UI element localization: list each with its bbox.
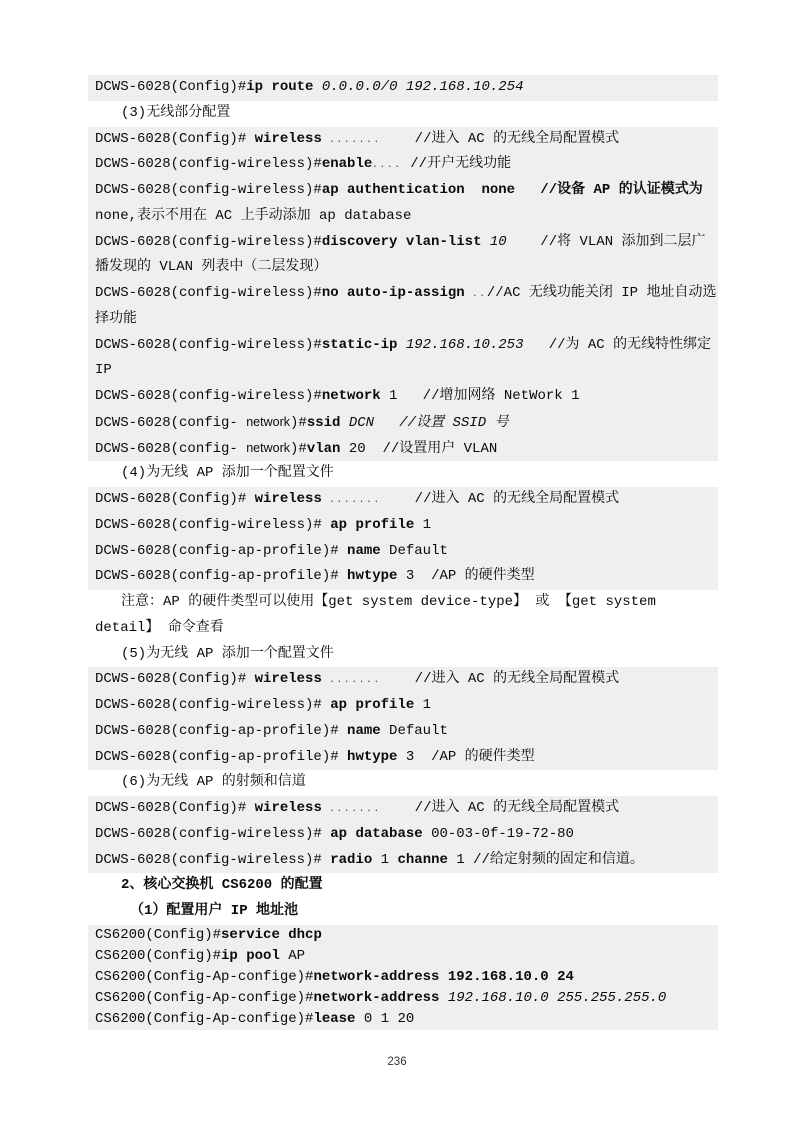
code-line-segment: 0 1 20 — [355, 1011, 414, 1027]
section-heading-segment: (3)无线部分配置 — [121, 105, 230, 121]
section-heading: (4)为无线 AP 添加一个配置文件 — [88, 461, 718, 487]
code-line-segment: DCN — [349, 415, 374, 431]
chapter-heading-segment: （1）配置用户 IP 地址池 — [130, 903, 298, 919]
code-line-segment: lease — [313, 1011, 355, 1027]
code-line-segment: 1 //给定射频的固定和信道。 — [448, 852, 644, 868]
code-line: DCWS-6028(config- network)#vlan 20 //设置用… — [88, 436, 718, 462]
code-line: CS6200(Config-Ap-confige)#network-addres… — [88, 988, 718, 1009]
code-line: DCWS-6028(config-wireless)#ap authentica… — [88, 178, 718, 204]
code-line-segment: no auto-ip-assign — [322, 285, 465, 301]
code-line-segment: )# — [290, 441, 307, 457]
code-line-segment: 192.168.10.253 — [406, 337, 524, 353]
code-line-segment: 1 — [414, 517, 431, 533]
code-line-segment: DCWS-6028(Config)# — [95, 79, 246, 95]
code-line-segment: vlan — [307, 441, 341, 457]
code-line: CS6200(Config)#service dhcp — [88, 925, 718, 946]
code-line-segment — [374, 415, 399, 431]
code-line: CS6200(Config-Ap-confige)#lease 0 1 20 — [88, 1009, 718, 1030]
code-line-segment: //将 VLAN 添加到二层广 — [507, 234, 706, 250]
code-line-segment: service dhcp — [221, 927, 322, 943]
code-line-segment: 3 /AP 的硬件类型 — [397, 568, 534, 584]
section-heading-segment: (4)为无线 AP 添加一个配置文件 — [121, 465, 334, 481]
chapter-heading: （1）配置用户 IP 地址池 — [88, 899, 718, 925]
code-line-segment: ssid — [307, 415, 341, 431]
code-line-segment: ap authentication none — [322, 182, 515, 198]
note-line: 注意：AP 的硬件类型可以使用【get system device-type】 … — [88, 590, 718, 616]
code-line-segment: )# — [290, 415, 307, 431]
code-line: DCWS-6028(Config)#ip route 0.0.0.0/0 192… — [88, 75, 718, 101]
code-line: DCWS-6028(config-wireless)# ap profile 1 — [88, 693, 718, 719]
code-line: CS6200(Config)#ip pool AP — [88, 946, 718, 967]
code-line-segment: CS6200(Config)# — [95, 927, 221, 943]
code-line-segment: 3 /AP 的硬件类型 — [397, 749, 534, 765]
code-line-segment: DCWS-6028(config-wireless)# — [95, 182, 322, 198]
code-line-segment: 00-03-0f-19-72-80 — [423, 826, 574, 842]
code-line: DCWS-6028(config-wireless)#discovery vla… — [88, 230, 718, 256]
note-line: detail】 命令查看 — [88, 616, 718, 642]
code-line: DCWS-6028(Config)# wireless ....... //进入… — [88, 487, 718, 513]
code-line-segment: 192.168.10.0 255.255.255.0 — [448, 990, 666, 1006]
document-page: DCWS-6028(Config)#ip route 0.0.0.0/0 192… — [0, 0, 794, 1123]
code-line-segment: network — [246, 415, 290, 429]
code-line: DCWS-6028(config-wireless)# radio 1 chan… — [88, 848, 718, 874]
code-line-segment: DCWS-6028(Config)# — [95, 131, 255, 147]
code-line-segment: radio — [330, 852, 372, 868]
code-line-segment: 0.0.0.0/0 192.168.10.254 — [322, 79, 524, 95]
code-line-segment: ....... — [322, 804, 381, 814]
code-line-segment: ....... — [322, 675, 381, 685]
code-line-segment: 1 — [372, 852, 397, 868]
code-line-segment: DCWS-6028(config-wireless)# — [95, 234, 322, 250]
code-line-segment: DCWS-6028(config-wireless)# — [95, 517, 330, 533]
code-line: none,表示不用在 AC 上手动添加 ap database — [88, 204, 718, 230]
code-line-segment: wireless — [255, 671, 322, 687]
code-line: DCWS-6028(config-wireless)#enable.... //… — [88, 152, 718, 178]
code-line-segment: hwtype — [347, 749, 397, 765]
code-line-segment: DCWS-6028(config-wireless)# — [95, 852, 330, 868]
code-line-segment — [439, 990, 447, 1006]
code-line: DCWS-6028(config-wireless)#no auto-ip-as… — [88, 281, 718, 307]
code-line-segment: none,表示不用在 AC 上手动添加 ap database — [95, 208, 411, 224]
code-line-segment: DCWS-6028(config-wireless)# — [95, 285, 322, 301]
code-line-segment: DCWS-6028(config-ap-profile)# — [95, 568, 347, 584]
code-line-segment: //开户无线功能 — [402, 156, 511, 172]
code-line-segment: name — [347, 723, 381, 739]
code-line-segment: discovery vlan-list — [322, 234, 490, 250]
code-line-segment — [340, 415, 348, 431]
note-line-segment: 注意：AP 的硬件类型可以使用【get system device-type】 … — [121, 594, 656, 610]
code-line-segment: AP — [280, 948, 305, 964]
code-line-segment: ap profile — [330, 697, 414, 713]
code-line-segment: //为 AC 的无线特性绑定 — [523, 337, 711, 353]
code-line-segment: //设备 AP 的认证模式为 — [540, 182, 702, 198]
code-line-segment: DCWS-6028(config-ap-profile)# — [95, 749, 347, 765]
code-line-segment: DCWS-6028(Config)# — [95, 800, 255, 816]
code-line-segment: //进入 AC 的无线全局配置模式 — [381, 131, 619, 147]
code-line-segment: ap database — [330, 826, 422, 842]
code-line-segment: 播发现的 VLAN 列表中（二层发现） — [95, 259, 327, 275]
code-line-segment: network — [322, 388, 381, 404]
code-line-segment: network-address — [313, 990, 439, 1006]
code-line-segment: CS6200(Config)# — [95, 948, 221, 964]
code-line: DCWS-6028(Config)# wireless ....... //进入… — [88, 127, 718, 153]
code-line-segment: DCWS-6028(config-wireless)# — [95, 337, 322, 353]
code-line: DCWS-6028(config-ap-profile)# name Defau… — [88, 719, 718, 745]
code-line-segment: hwtype — [347, 568, 397, 584]
code-line-segment: ap profile — [330, 517, 414, 533]
code-line-segment: 10 — [490, 234, 507, 250]
code-line: 播发现的 VLAN 列表中（二层发现） — [88, 255, 718, 281]
code-line-segment: 择功能 — [95, 311, 137, 327]
code-line-segment: //设置 SSID 号 — [399, 415, 508, 431]
code-line-segment: DCWS-6028(Config)# — [95, 491, 255, 507]
code-line-segment: DCWS-6028(config- — [95, 441, 246, 457]
code-line-segment: DCWS-6028(config-ap-profile)# — [95, 723, 347, 739]
code-line-segment: wireless — [255, 800, 322, 816]
code-line: DCWS-6028(config-ap-profile)# hwtype 3 /… — [88, 745, 718, 771]
code-line: DCWS-6028(config-ap-profile)# hwtype 3 /… — [88, 564, 718, 590]
code-line-segment: Default — [381, 543, 448, 559]
code-line-segment: IP — [95, 362, 112, 378]
code-line-segment: Default — [381, 723, 448, 739]
code-line-segment: //进入 AC 的无线全局配置模式 — [381, 491, 619, 507]
code-line-segment: ....... — [322, 135, 381, 145]
code-line-segment: CS6200(Config-Ap-confige)# — [95, 990, 313, 1006]
code-line-segment: 1 //增加网络 NetWork 1 — [381, 388, 580, 404]
code-line-segment: DCWS-6028(Config)# — [95, 671, 255, 687]
code-line: DCWS-6028(config-wireless)# ap profile 1 — [88, 513, 718, 539]
code-line-segment: //AC 无线功能关闭 IP 地址自动选 — [487, 285, 717, 301]
code-line-segment: DCWS-6028(config-ap-profile)# — [95, 543, 347, 559]
code-line: DCWS-6028(config-ap-profile)# name Defau… — [88, 539, 718, 565]
code-line-segment: 20 //设置用户 VLAN — [340, 441, 497, 457]
code-line: DCWS-6028(config-wireless)#static-ip 192… — [88, 333, 718, 359]
code-line: IP — [88, 358, 718, 384]
page-number: 236 — [0, 1056, 794, 1068]
code-line-segment: CS6200(Config-Ap-confige)# — [95, 1011, 313, 1027]
code-line-segment: DCWS-6028(config- — [95, 415, 246, 431]
code-line-segment: ip pool — [221, 948, 280, 964]
code-line-segment — [515, 182, 540, 198]
code-line-segment: static-ip — [322, 337, 406, 353]
document-lines: DCWS-6028(Config)#ip route 0.0.0.0/0 192… — [88, 75, 718, 1030]
section-heading: (6)为无线 AP 的射频和信道 — [88, 770, 718, 796]
code-line-segment: //进入 AC 的无线全局配置模式 — [381, 800, 619, 816]
code-line-segment: DCWS-6028(config-wireless)# — [95, 826, 330, 842]
code-line-segment: network — [246, 441, 290, 455]
code-line: CS6200(Config-Ap-confige)#network-addres… — [88, 967, 718, 988]
code-line-segment: enable — [322, 156, 372, 172]
code-line: DCWS-6028(Config)# wireless ....... //进入… — [88, 796, 718, 822]
chapter-heading-segment: 2、核心交换机 CS6200 的配置 — [121, 877, 323, 893]
code-line-segment: .. — [465, 289, 487, 299]
code-line-segment: //进入 AC 的无线全局配置模式 — [381, 671, 619, 687]
note-line-segment: detail】 命令查看 — [95, 620, 224, 636]
section-heading-segment: (6)为无线 AP 的射频和信道 — [121, 774, 306, 790]
section-heading: (5)为无线 AP 添加一个配置文件 — [88, 642, 718, 668]
code-line-segment: DCWS-6028(config-wireless)# — [95, 388, 322, 404]
code-line-segment: DCWS-6028(config-wireless)# — [95, 156, 322, 172]
code-line-segment: name — [347, 543, 381, 559]
code-line: DCWS-6028(config-wireless)# ap database … — [88, 822, 718, 848]
code-line-segment: DCWS-6028(config-wireless)# — [95, 697, 330, 713]
code-line-segment: wireless — [255, 131, 322, 147]
code-line: 择功能 — [88, 307, 718, 333]
section-heading-segment: (5)为无线 AP 添加一个配置文件 — [121, 646, 334, 662]
code-line-segment: network-address 192.168.10.0 24 — [313, 969, 573, 985]
code-line-segment: wireless — [255, 491, 322, 507]
section-heading: (3)无线部分配置 — [88, 101, 718, 127]
code-line-segment: channe — [397, 852, 447, 868]
code-line: DCWS-6028(Config)# wireless ....... //进入… — [88, 667, 718, 693]
chapter-heading: 2、核心交换机 CS6200 的配置 — [88, 873, 718, 899]
code-line-segment: ....... — [322, 495, 381, 505]
code-line: DCWS-6028(config- network)#ssid DCN //设置… — [88, 410, 718, 436]
code-line-segment: CS6200(Config-Ap-confige)# — [95, 969, 313, 985]
code-line-segment: ip route — [246, 79, 322, 95]
code-line-segment: 1 — [414, 697, 431, 713]
code-line: DCWS-6028(config-wireless)#network 1 //增… — [88, 384, 718, 410]
code-line-segment: .... — [372, 160, 402, 170]
